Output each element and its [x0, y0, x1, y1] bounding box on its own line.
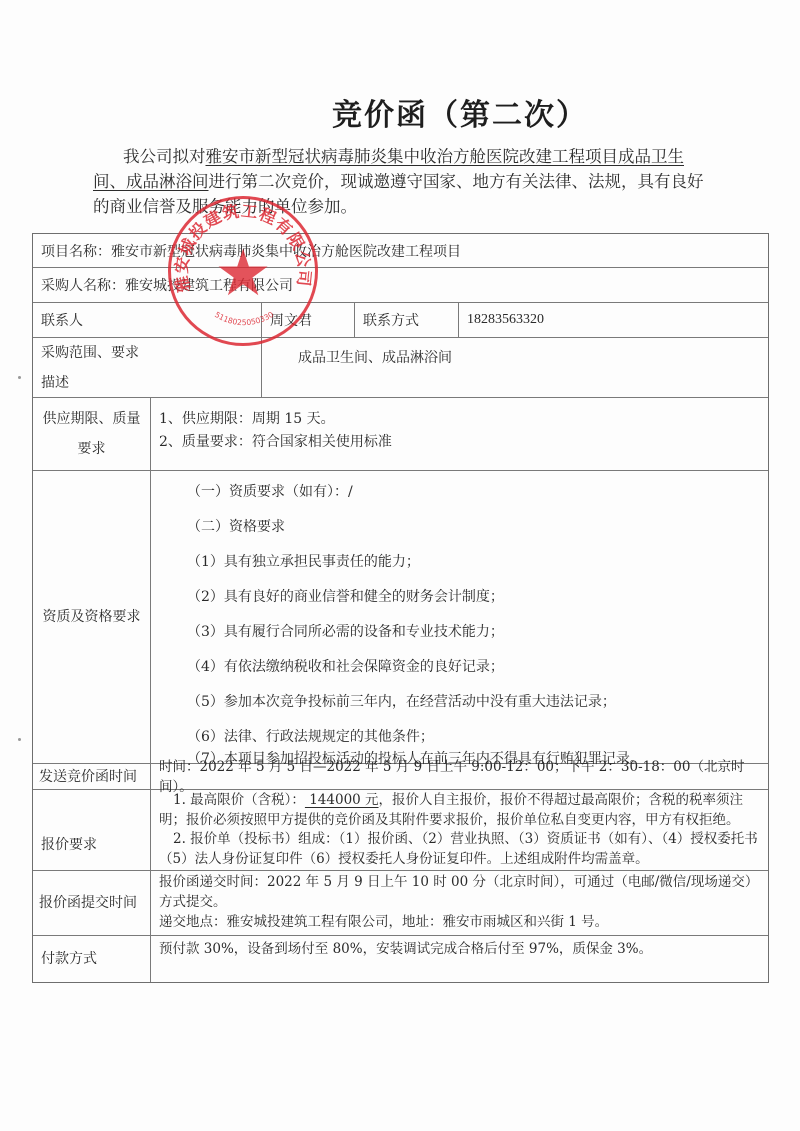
scan-speck — [18, 738, 21, 741]
qualification-item: （6）法律、行政法规规定的其他条件； — [187, 726, 768, 748]
submit-time-line1: 报价函递交时间：2022 年 5 月 9 日上午 10 时 00 分（北京时间）… — [159, 872, 762, 912]
document-title: 竞价函（第二次） — [0, 90, 800, 134]
scope-value: 成品卫生间、成品淋浴间 — [262, 338, 768, 397]
contact-person-label: 联系人 — [33, 303, 262, 337]
qualification-item: （4）有依法缴纳税收和社会保障资金的良好记录； — [187, 656, 768, 691]
supply-item: 1、供应期限：周期 15 天。 — [159, 408, 768, 431]
row-scope: 采购范围、要求 描述 成品卫生间、成品淋浴间 — [33, 338, 768, 398]
qualification-list: （一）资质要求（如有）：/ （二）资格要求 （1）具有独立承担民事责任的能力； … — [151, 471, 768, 763]
row-payment: 付款方式 预付款 30%，设备到场付至 80%，安装调试完成合格后付至 97%，… — [33, 936, 768, 982]
row-send-time: 发送竞价函时间 时间：2022 年 5 月 5 日—2022 年 5 月 9 日… — [33, 764, 768, 790]
row-purchaser: 采购人名称：雅安城投建筑工程有限公司 — [33, 268, 768, 303]
qualification-item: （3）具有履行合同所必需的设备和专业技术能力； — [187, 621, 768, 656]
scan-speck — [18, 376, 21, 379]
scope-label-line2: 描述 — [41, 368, 69, 398]
supply-value: 1、供应期限：周期 15 天。 2、质量要求：符合国家相关使用标准 — [151, 398, 768, 470]
purchaser-label: 采购人名称： — [41, 275, 125, 295]
qualification-item: （5）参加本次竞争投标前三年内，在经营活动中没有重大违法记录； — [187, 691, 768, 726]
quote-requirements-value: 1. 最高限价（含税）： 144000 元，报价人自主报价，报价不得超过最高限价… — [151, 790, 768, 870]
row-submit-time: 报价函提交时间 报价函递交时间：2022 年 5 月 9 日上午 10 时 00… — [33, 871, 768, 936]
purchaser-value: 雅安城投建筑工程有限公司 — [125, 275, 293, 295]
payment-value: 预付款 30%，设备到场付至 80%，安装调试完成合格后付至 97%，质保金 3… — [151, 936, 768, 982]
bid-info-table: 项目名称：雅安市新型冠状病毒肺炎集中收治方舱医院改建工程项目 采购人名称：雅安城… — [32, 233, 769, 983]
submit-time-label: 报价函提交时间 — [33, 871, 151, 935]
row-quote-requirements: 报价要求 1. 最高限价（含税）： 144000 元，报价人自主报价，报价不得超… — [33, 790, 768, 871]
contact-person-value: 周文君 — [262, 303, 355, 337]
qualification-item: （一）资质要求（如有）：/ — [187, 481, 768, 516]
intro-paragraph: 我公司拟对雅安市新型冠状病毒肺炎集中收治方舱医院改建工程项目成品卫生间、成品淋浴… — [93, 144, 713, 219]
project-name-value: 雅安市新型冠状病毒肺炎集中收治方舱医院改建工程项目 — [111, 241, 461, 261]
payment-label: 付款方式 — [33, 936, 151, 982]
row-contact: 联系人 周文君 联系方式 18283563320 — [33, 303, 768, 338]
supply-label-line2: 要求 — [78, 434, 106, 464]
qualification-label: 资质及资格要求 — [33, 471, 151, 763]
quote-item-1-prefix: 1. 最高限价（含税）： — [173, 792, 305, 808]
scope-label: 采购范围、要求 描述 — [33, 338, 262, 397]
supply-label: 供应期限、质量 要求 — [33, 398, 151, 470]
row-project-name: 项目名称：雅安市新型冠状病毒肺炎集中收治方舱医院改建工程项目 — [33, 234, 768, 268]
submit-location: 递交地点：雅安城投建筑工程有限公司，地址：雅安市雨城区和兴街 1 号。 — [159, 912, 762, 932]
quote-requirements-label: 报价要求 — [33, 790, 151, 870]
row-supply: 供应期限、质量 要求 1、供应期限：周期 15 天。 2、质量要求：符合国家相关… — [33, 398, 768, 471]
qualification-item: （二）资格要求 — [187, 516, 768, 551]
contact-method-label: 联系方式 — [355, 303, 459, 337]
supply-item: 2、质量要求：符合国家相关使用标准 — [159, 431, 768, 454]
scope-label-line1: 采购范围、要求 — [41, 338, 139, 368]
supply-label-line1: 供应期限、质量 — [43, 404, 141, 434]
project-name-label: 项目名称： — [41, 241, 111, 261]
qualification-item: （1）具有独立承担民事责任的能力； — [187, 551, 768, 586]
submit-time-value: 报价函递交时间：2022 年 5 月 9 日上午 10 时 00 分（北京时间）… — [151, 871, 768, 935]
row-qualification: 资质及资格要求 （一）资质要求（如有）：/ （二）资格要求 （1）具有独立承担民… — [33, 471, 768, 764]
quote-item-1: 1. 最高限价（含税）： 144000 元，报价人自主报价，报价不得超过最高限价… — [159, 791, 762, 830]
intro-prefix: 我公司拟对 — [123, 147, 206, 166]
qualification-item: （2）具有良好的商业信誉和健全的财务会计制度； — [187, 586, 768, 621]
max-price: 144000 元 — [305, 792, 379, 808]
send-time-value: 时间：2022 年 5 月 5 日—2022 年 5 月 9 日上午 9:00-… — [151, 764, 768, 789]
send-time-label: 发送竞价函时间 — [33, 764, 151, 789]
contact-method-value: 18283563320 — [459, 303, 768, 337]
quote-item-2: 2. 报价单（投标书）组成：（1）报价函、（2）营业执照、（3）资质证书（如有）… — [159, 830, 762, 869]
